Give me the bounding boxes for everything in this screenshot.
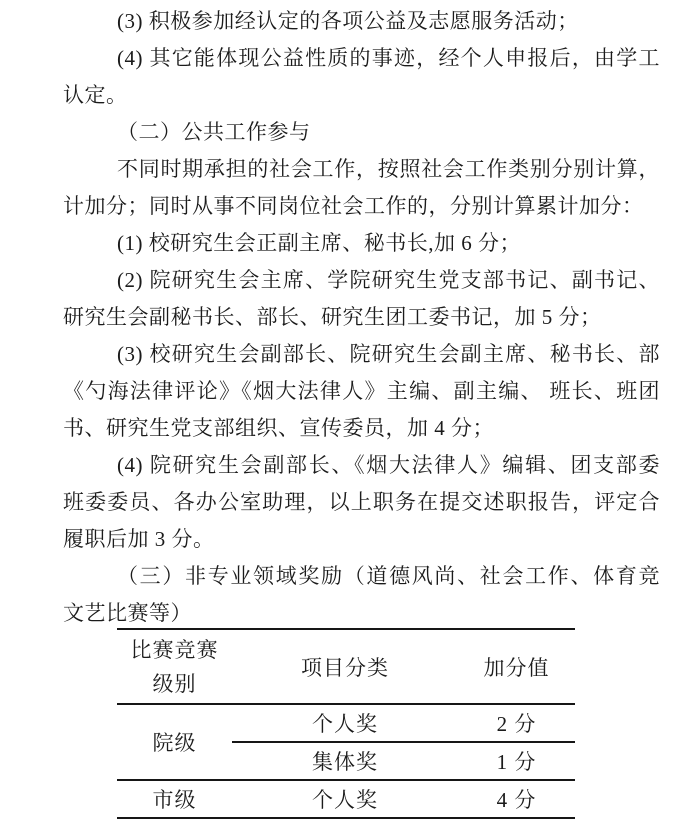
body-line: 研究生会副秘书长、部长、研究生团工委书记，加 5 分； [63, 299, 660, 336]
table-cell-category: 个人奖 [232, 781, 458, 819]
body-line: 书、研究生党支部组织、宣传委员，加 4 分； [63, 410, 660, 447]
body-line: 班委委员、各办公室助理，以上职务在提交述职报告，评定合格 [63, 484, 660, 521]
body-line: (3) 校研究生会副部长、院研究生会副主席、秘书长、部长、 [63, 336, 660, 373]
document-page: { "page": { "background": "#ffffff", "te… [0, 0, 700, 822]
body-line: 《勺海法律评论》《烟大法律人》主编、副主编、 班长、班团支 [63, 373, 660, 410]
table-header-points: 加分值 [458, 630, 575, 705]
table-cell-points: 1 分 [458, 743, 575, 781]
body-line: 不同时期承担的社会工作，按照社会工作类别分别计算，累 [63, 151, 660, 188]
body-line: 认定。 [63, 77, 660, 114]
body-line: (2) 院研究生会主席、学院研究生党支部书记、副书记、校 [63, 262, 660, 299]
table-cell-category: 集体奖 [232, 743, 458, 781]
body-line: (3) 积极参加经认定的各项公益及志愿服务活动； [63, 3, 660, 40]
table-cell-level: 院级 [117, 705, 232, 781]
body-text: (3) 积极参加经认定的各项公益及志愿服务活动； (4) 其它能体现公益性质的事… [63, 3, 660, 632]
table-cell-points: 4 分 [458, 781, 575, 819]
section-heading: （三）非专业领域奖励（道德风尚、社会工作、体育竞赛、 [63, 558, 660, 595]
body-line: 文艺比赛等） [63, 595, 660, 632]
table-header-category: 项目分类 [232, 630, 458, 705]
table-header-level: 比赛竞赛 级别 [117, 630, 232, 705]
table-cell-category: 个人奖 [232, 705, 458, 743]
awards-table: 比赛竞赛 级别 项目分类 加分值 院级 个人奖 2 分 集体奖 1 分 市级 个… [117, 628, 575, 819]
table-cell-level: 市级 [117, 781, 232, 819]
table-header-level-line2: 级别 [153, 667, 197, 701]
body-line: (4) 院研究生会副部长、《烟大法律人》编辑、团支部委员、 [63, 447, 660, 484]
section-heading: （二）公共工作参与 [63, 114, 660, 151]
table-header-level-line1: 比赛竞赛 [131, 633, 219, 667]
body-line: (1) 校研究生会正副主席、秘书长,加 6 分； [63, 225, 660, 262]
body-line: (4) 其它能体现公益性质的事迹，经个人申报后，由学工办 [63, 40, 660, 77]
body-line: 履职后加 3 分。 [63, 521, 660, 558]
body-line: 计加分；同时从事不同岗位社会工作的，分别计算累计加分： [63, 188, 660, 225]
table-cell-points: 2 分 [458, 705, 575, 743]
